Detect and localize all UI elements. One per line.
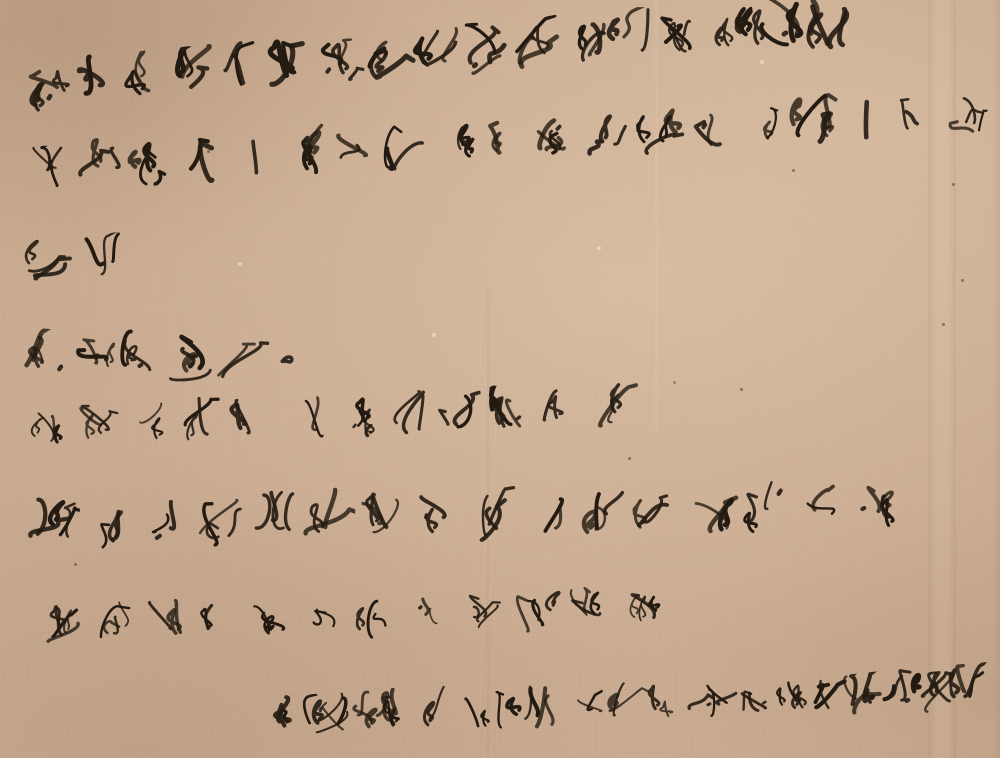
calligraphy-character: [125, 400, 171, 446]
calligraphy-character: [229, 133, 278, 182]
calligraphy-character: [635, 107, 687, 159]
calligraphy-character: [621, 587, 667, 633]
paper-speck: [942, 323, 945, 326]
paper-speck: [740, 388, 743, 391]
calligraphy-character: [71, 134, 130, 193]
manuscript-line-7: [37, 586, 674, 648]
manuscript-page: [0, 0, 1000, 758]
calligraphy-character: [198, 600, 241, 643]
calligraphy-character: [137, 500, 188, 551]
calligraphy-character: [356, 488, 410, 542]
calligraphy-character: [943, 92, 991, 140]
calligraphy-character: [785, 93, 842, 150]
paper-speck: [597, 246, 601, 250]
calligraphy-character: [852, 479, 904, 531]
calligraphy-character: [697, 677, 743, 723]
calligraphy-character: [317, 38, 364, 85]
calligraphy-character: [355, 596, 402, 643]
paper-speck: [792, 169, 795, 172]
calligraphy-character: [20, 327, 74, 381]
calligraphy-character: [510, 584, 565, 639]
calligraphy-character: [741, 106, 784, 149]
paper-speck: [760, 60, 764, 64]
calligraphy-character: [433, 391, 487, 445]
calligraphy-character: [275, 391, 334, 450]
manuscript-line-8: [271, 677, 716, 740]
calligraphy-character: [381, 388, 435, 442]
calligraphy-character: [144, 598, 191, 645]
calligraphy-character: [190, 498, 245, 553]
paper-speck: [961, 279, 964, 282]
calligraphy-character: [642, 680, 684, 722]
calligraphy-character: [165, 43, 222, 100]
calligraphy-character: [839, 95, 890, 146]
paper-speck: [74, 563, 77, 566]
paper-speck: [628, 457, 631, 460]
calligraphy-character: [800, 0, 859, 53]
calligraphy-character: [173, 134, 233, 194]
paper-speck: [432, 333, 436, 337]
calligraphy-character: [71, 397, 122, 448]
calligraphy-character: [538, 384, 590, 436]
calligraphy-character: [605, 7, 663, 65]
calligraphy-character: [250, 599, 296, 645]
manuscript-line-5: [19, 387, 644, 452]
paper-speck: [673, 381, 676, 384]
paper-speck: [952, 183, 955, 186]
calligraphy-character: [589, 383, 642, 436]
calligraphy-character: [463, 593, 506, 636]
calligraphy-character: [176, 395, 225, 444]
calligraphy-character: [75, 231, 133, 289]
calligraphy-character: [577, 486, 629, 538]
calligraphy-character: [21, 233, 75, 287]
calligraphy-character: [71, 332, 119, 380]
calligraphy-character: [480, 116, 537, 173]
calligraphy-character: [562, 22, 610, 70]
calligraphy-character: [486, 385, 538, 437]
calligraphy-character: [28, 146, 72, 190]
manuscript-line-6: [27, 477, 908, 553]
manuscript-line-2: [24, 87, 994, 196]
calligraphy-character: [565, 586, 616, 637]
calligraphy-character: [300, 488, 355, 543]
calligraphy-character: [800, 481, 846, 527]
calligraphy-character: [379, 122, 433, 176]
manuscript-line-1: [20, 0, 854, 114]
calligraphy-character: [81, 500, 135, 554]
calligraphy-character: [523, 488, 572, 537]
calligraphy-character: [413, 491, 463, 541]
calligraphy-character: [432, 116, 482, 166]
calligraphy-character: [115, 328, 171, 384]
calligraphy-character: [737, 478, 798, 539]
calligraphy-character: [506, 14, 566, 74]
manuscript-line-4: [21, 328, 311, 388]
calligraphy-character: [948, 661, 995, 708]
calligraphy-character: [333, 131, 378, 176]
calligraphy-character: [684, 483, 741, 540]
calligraphy-character: [333, 396, 379, 442]
calligraphy-character: [585, 112, 635, 162]
paper-speck: [238, 262, 242, 266]
calligraphy-character: [705, 0, 758, 53]
calligraphy-character: [208, 328, 270, 390]
calligraphy-character: [127, 139, 176, 188]
calligraphy-character: [274, 123, 334, 183]
manuscript-line-3: [24, 235, 138, 287]
calligraphy-character: [24, 496, 81, 553]
calligraphy-character: [657, 6, 709, 58]
calligraphy-character: [301, 595, 352, 646]
calligraphy-character: [223, 397, 280, 454]
calligraphy-character: [892, 94, 938, 140]
calligraphy-character: [631, 484, 685, 538]
calligraphy-character: [92, 599, 136, 643]
calligraphy-character: [261, 32, 322, 93]
calligraphy-character: [411, 592, 453, 634]
calligraphy-character: [533, 114, 585, 166]
calligraphy-character: [38, 602, 85, 649]
calligraphy-character: [462, 485, 524, 547]
calligraphy-character: [687, 104, 737, 154]
calligraphy-character: [737, 679, 775, 717]
calligraphy-character: [264, 336, 311, 383]
calligraphy-character: [245, 489, 301, 545]
calligraphy-character: [21, 405, 67, 451]
manuscript-line-9: [699, 666, 989, 724]
